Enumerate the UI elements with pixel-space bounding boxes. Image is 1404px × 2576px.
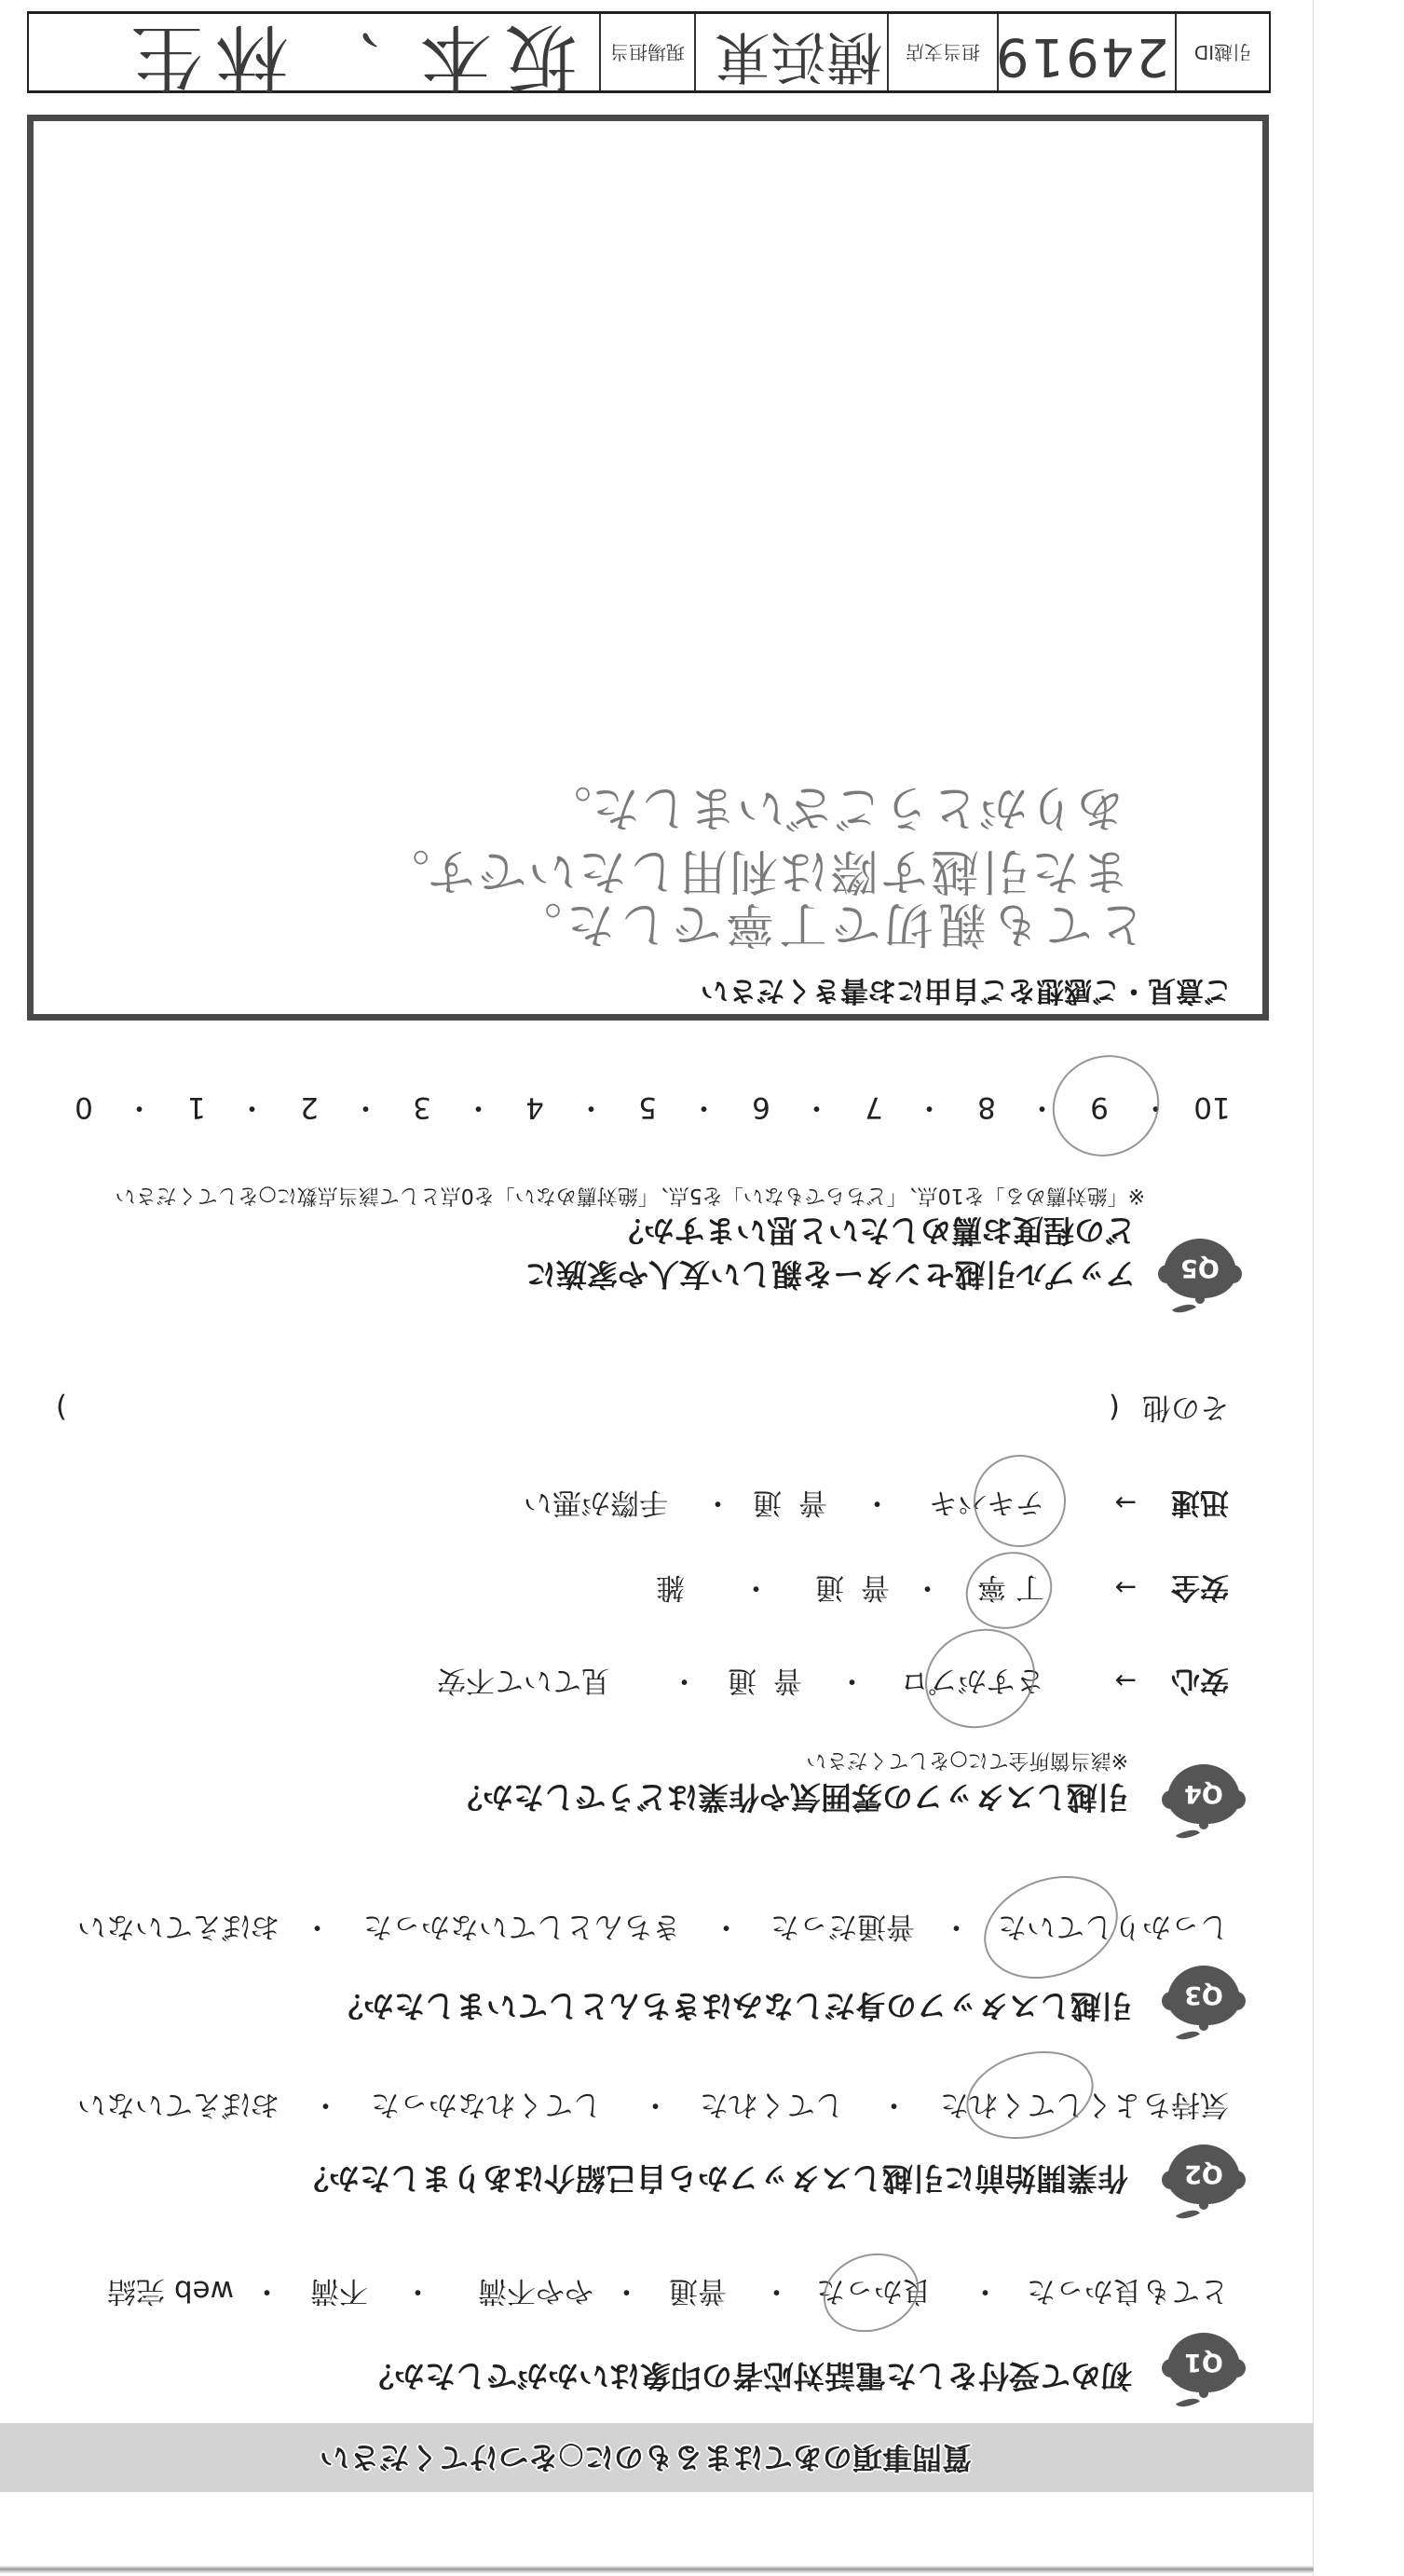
instructions-banner: 質問事項のあてはまるものに○をつけてください <box>0 2423 1314 2492</box>
separator: ・ <box>913 1569 942 1606</box>
separator: ・ <box>762 2272 791 2309</box>
q3-option-normal: 普通だった <box>770 1908 915 1945</box>
q1-question: 初めて受付をした電話対応者の印象はいかがでしたか？ <box>363 2357 1132 2394</box>
separator: ・ <box>126 1089 154 1126</box>
separator: ・ <box>742 1569 770 1606</box>
separator: ・ <box>239 1089 266 1126</box>
q4-question: 引越しスタッフの雰囲気や作業はどうでしたか？ <box>452 1778 1128 1816</box>
q5-question-line-2: どの程度お薦めしたいと思いますか？ <box>613 1212 1136 1249</box>
q5-badge: Q5 <box>1158 1237 1242 1315</box>
paper-edge-shadow <box>0 2566 1314 2573</box>
q5-note: ※「絶対薦める」を10点、「どちらでもない」を5点、「絶対薦めない」を0点として… <box>116 1181 1145 1209</box>
separator: ・ <box>703 1484 732 1521</box>
arrow-right-icon: → <box>1115 1484 1137 1521</box>
score-3: 3 <box>403 1089 441 1126</box>
q2-option-dont-remember: おぼえていない <box>77 2086 279 2123</box>
separator: ・ <box>712 1908 741 1945</box>
q4-note: ※該当箇所全てに○をしてください <box>806 1746 1128 1774</box>
move-id-label: 引越ID <box>1177 14 1269 90</box>
staff-label-cell: 現場担当 <box>599 14 694 90</box>
score-10: 10 <box>1193 1089 1231 1126</box>
q3-option-not-neat: きちんとしていなかった <box>363 1908 681 1945</box>
handwritten-move-id: 24919 <box>994 15 1169 97</box>
move-id-label-cell: 引越ID <box>1175 14 1269 90</box>
arrow-right-icon: → <box>1115 1662 1137 1699</box>
separator: ・ <box>690 1089 718 1126</box>
q4-reassurance-option-worrying: 見ていて不安 <box>437 1662 610 1699</box>
open-paren: ( <box>1109 1389 1120 1426</box>
handwritten-comment-line: ありがとうございました。 <box>543 779 1125 835</box>
q1-badge: Q1 <box>1162 2331 1246 2409</box>
separator: ・ <box>803 1089 831 1126</box>
separator: ・ <box>641 2086 670 2123</box>
q2-question: 作業開始前に引越しスタッフから自己紹介はありましたか？ <box>298 2159 1128 2197</box>
q1-option-somewhat-dissatisfied: やや不満 <box>478 2272 593 2309</box>
q3-question: 引越しスタッフの身だしなみはきちんとしていましたか？ <box>333 1987 1132 2024</box>
score-7: 7 <box>855 1089 893 1126</box>
score-4: 4 <box>516 1089 553 1126</box>
separator: ・ <box>916 1089 944 1126</box>
score-6: 6 <box>743 1089 780 1126</box>
q2-option-no: してくれなかった <box>371 2086 602 2123</box>
separator: ・ <box>311 2086 340 2123</box>
comment-heading: ご意見・ご感想をご自由にお書きください <box>701 971 1232 1008</box>
question-number: Q3 <box>1167 1969 1240 2020</box>
separator: ・ <box>612 2272 641 2309</box>
separator: ・ <box>578 1089 606 1126</box>
separator: ・ <box>303 1908 332 1945</box>
branch-label: 担当支店 <box>889 14 997 90</box>
separator: ・ <box>879 2086 908 2123</box>
branch-label-cell: 担当支店 <box>887 14 997 90</box>
separator: ・ <box>971 2272 1000 2309</box>
handwritten-comment-line: とても親切で丁寧でした。 <box>509 896 1146 952</box>
q1-option-very-good: とても良かった <box>1027 2272 1229 2309</box>
q5-question-line-1: アップル引越センターを親しい友人や家族に <box>525 1255 1136 1293</box>
close-paren: ) <box>56 1389 67 1426</box>
q4-other-label: その他 <box>1142 1389 1229 1426</box>
score-8: 8 <box>968 1089 1005 1126</box>
score-2: 2 <box>291 1089 328 1126</box>
q4-badge: Q4 <box>1162 1762 1246 1841</box>
scanned-survey-sheet: 質問事項のあてはまるものに○をつけてください Q1 初めて受付をした電話対応者の… <box>0 0 1404 2576</box>
q3-option-dont-remember: おぼえていない <box>77 1908 279 1945</box>
q4-speed-option-clumsy: 手際が悪い <box>524 1484 668 1521</box>
q1-option-normal: 普通 <box>669 2272 727 2309</box>
handwritten-branch: 横浜東 <box>715 15 882 97</box>
q4-safety-option-normal: 普通 <box>798 1569 890 1606</box>
handwritten-staff-name: 坂本 <box>406 15 578 97</box>
staff-label: 現場担当 <box>601 14 694 90</box>
q1-option-web-complete: web 完結 <box>107 2272 234 2309</box>
q4-speed-option-normal: 普通 <box>736 1484 827 1521</box>
question-number: Q5 <box>1164 1242 1236 1293</box>
question-number: Q2 <box>1167 2148 1240 2199</box>
q1-option-dissatisfied: 不満 <box>310 2272 368 2309</box>
q4-safety-option-rough: 雑 <box>656 1569 685 1606</box>
handwritten-comment-line: また引越す際は利用したいです。 <box>379 843 1130 898</box>
separator: ・ <box>465 1089 493 1126</box>
q4-row-label-speed: 迅速 <box>1171 1484 1229 1521</box>
separator: ・ <box>942 1908 971 1945</box>
q4-other-field <box>81 1389 1097 1426</box>
question-number: Q4 <box>1167 1768 1240 1818</box>
q2-option-yes: してくれた <box>700 2086 844 2123</box>
score-5: 5 <box>629 1089 666 1126</box>
q4-row-label-reassurance: 安心 <box>1171 1662 1229 1699</box>
arrow-right-icon: → <box>1115 1569 1137 1606</box>
q4-reassurance-option-normal: 普通 <box>711 1662 802 1699</box>
separator: ・ <box>403 2272 432 2309</box>
handwritten-staff-separator: 、 <box>323 15 379 97</box>
separator: ・ <box>838 1662 866 1699</box>
handwritten-staff-name: 林生 <box>117 15 289 97</box>
score-0: 0 <box>65 1089 102 1126</box>
instructions-text: 質問事項のあてはまるものに○をつけてください <box>320 2423 972 2492</box>
q4-row-label-safety: 安全 <box>1171 1569 1229 1606</box>
separator: ・ <box>863 1484 892 1521</box>
q2-badge: Q2 <box>1162 2143 1246 2221</box>
separator: ・ <box>252 2272 281 2309</box>
q3-badge: Q3 <box>1162 1964 1246 2042</box>
question-number: Q1 <box>1167 2336 1240 2387</box>
separator: ・ <box>670 1662 699 1699</box>
separator: ・ <box>352 1089 380 1126</box>
score-1: 1 <box>178 1089 215 1126</box>
